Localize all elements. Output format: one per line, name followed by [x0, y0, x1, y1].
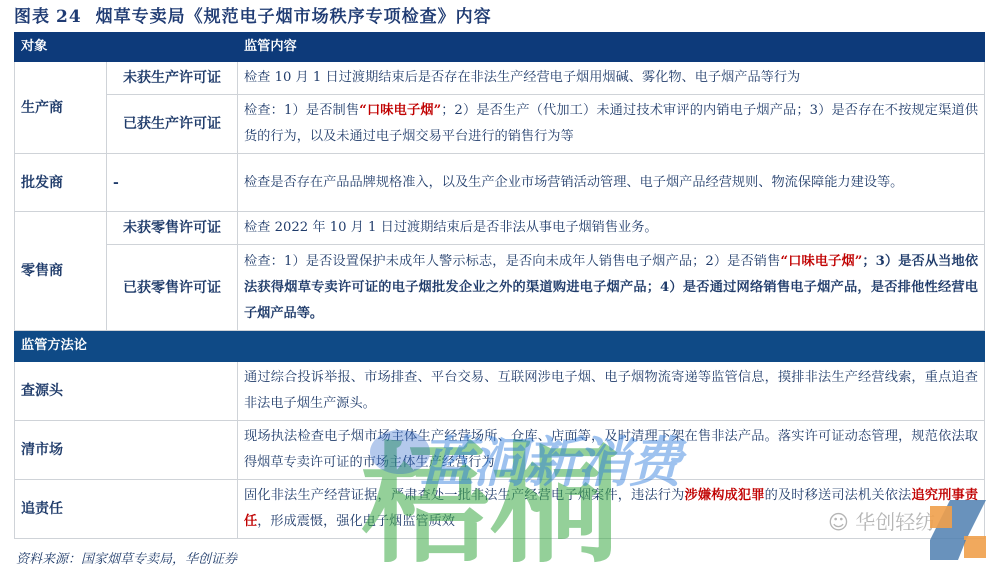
header-content: 监管内容: [238, 33, 985, 62]
table-row: 已获生产许可证 检查：1）是否制售“口味电子烟”；2）是否生产（代加工）未通过技…: [15, 95, 985, 154]
sub-unlicensed-production: 未获生产许可证: [107, 62, 238, 95]
content-cell: 固化非法生产经营证据，严肃查处一批非法生产经营电子烟案件，违法行为涉嫌构成犯罪的…: [238, 480, 985, 539]
regulation-table: 对象 监管内容 生产商 未获生产许可证 检查 10 月 1 日过渡期结束后是否存…: [14, 32, 985, 539]
table-row: 已获零售许可证 检查：1）是否设置保护未成年人警示标志，是否向未成年人销售电子烟…: [15, 245, 985, 331]
content-cell: 检查：1）是否设置保护未成年人警示标志，是否向未成年人销售电子烟产品；2）是否销…: [238, 245, 985, 331]
header-object: 对象: [15, 33, 238, 62]
content-cell: 检查 10 月 1 日过渡期结束后是否存在非法生产经营电子烟用烟碱、雾化物、电子…: [238, 62, 985, 95]
highlight-flavored-ecig: “口味电子烟”: [359, 103, 441, 118]
sub-licensed-retail: 已获零售许可证: [107, 245, 238, 331]
table-row: 零售商 未获零售许可证 检查 2022 年 10 月 1 日过渡期结束后是否非法…: [15, 212, 985, 245]
highlight-suspected-crime: 涉嫌构成犯罪: [685, 488, 765, 503]
sub-licensed-production: 已获生产许可证: [107, 95, 238, 154]
content-cell: 检查 2022 年 10 月 1 日过渡期结束后是否非法从事电子烟销售业务。: [238, 212, 985, 245]
content-text: 的及时移送司法机关依法: [765, 488, 912, 503]
figure-title-text: 烟草专卖局《规范电子烟市场秩序专项检查》内容: [96, 7, 492, 27]
method-clear-market: 清市场: [15, 421, 238, 480]
table-row: 批发商 - 检查是否存在产品品牌规格准入，以及生产企业市场营销活动管理、电子烟产…: [15, 154, 985, 212]
source-note: 资料来源：国家烟草专卖局，华创证券: [16, 548, 237, 567]
highlight-flavored-ecig: “口味电子烟”: [780, 254, 862, 269]
table-row: 清市场 现场执法检查电子烟市场主体生产经营场所、仓库、店面等，及时清理下架在售非…: [15, 421, 985, 480]
table-row: 追责任 固化非法生产经营证据，严肃查处一批非法生产经营电子烟案件，违法行为涉嫌构…: [15, 480, 985, 539]
section-methodology: 监管方法论: [15, 331, 985, 362]
sub-wholesaler: -: [107, 154, 238, 212]
object-wholesaler: 批发商: [15, 154, 107, 212]
content-cell: 检查：1）是否制售“口味电子烟”；2）是否生产（代加工）未通过技术审评的内销电子…: [238, 95, 985, 154]
content-text: 固化非法生产经营证据，严肃查处一批非法生产经营电子烟案件，违法行为: [244, 488, 685, 503]
method-trace-source: 查源头: [15, 362, 238, 421]
table-header-row: 对象 监管内容: [15, 33, 985, 62]
content-text: 检查：1）是否设置保护未成年人警示标志，是否向未成年人销售电子烟产品；2）是否销…: [244, 254, 780, 269]
table-row: 生产商 未获生产许可证 检查 10 月 1 日过渡期结束后是否存在非法生产经营电…: [15, 62, 985, 95]
content-cell: 检查是否存在产品品牌规格准入，以及生产企业市场营销活动管理、电子烟产品经营规则、…: [238, 154, 985, 212]
object-retailer: 零售商: [15, 212, 107, 331]
content-text: 检查：1）是否制售: [244, 103, 359, 118]
section-header-row: 监管方法论: [15, 331, 985, 362]
figure-label: 图表: [14, 7, 50, 27]
table-row: 查源头 通过综合投诉举报、市场排查、平台交易、互联网涉电子烟、电子烟物流寄递等监…: [15, 362, 985, 421]
content-cell: 通过综合投诉举报、市场排查、平台交易、互联网涉电子烟、电子烟物流寄递等监管信息，…: [238, 362, 985, 421]
method-accountability: 追责任: [15, 480, 238, 539]
figure-title: 图表24烟草专卖局《规范电子烟市场秩序专项检查》内容: [14, 2, 492, 27]
sub-unlicensed-retail: 未获零售许可证: [107, 212, 238, 245]
content-text: ，形成震慑，强化电子烟监管质效: [257, 514, 455, 529]
content-cell: 现场执法检查电子烟市场主体生产经营场所、仓库、店面等，及时清理下架在售非法产品。…: [238, 421, 985, 480]
object-producer: 生产商: [15, 62, 107, 154]
figure-number: 24: [56, 7, 82, 27]
